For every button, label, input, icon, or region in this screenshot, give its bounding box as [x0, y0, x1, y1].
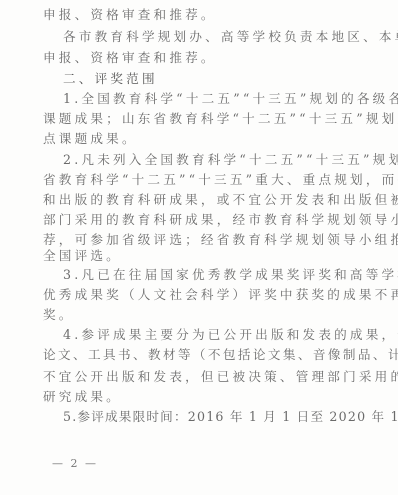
text-line: 申报、资格审查和推荐。	[43, 7, 353, 23]
text-line: 优秀成果奖（人文社会科学）评奖中获奖的成果不再参加本次评	[43, 287, 353, 303]
text-line: 论文、工具书、教材等（不包括论文集、音像制品、计算机软件）。	[43, 347, 353, 363]
section-heading-award-scope: 二、评奖范围	[63, 71, 353, 87]
text-line: 全国评选。	[43, 248, 353, 264]
item-4: 4.参评成果主要分为已公开出版和发表的成果，包括著作、	[63, 327, 353, 343]
text-line: 课题成果；山东省教育科学“十二五”“十三五”规划重大、重	[43, 111, 353, 127]
page-number: — 2 —	[52, 457, 98, 470]
item-1: 1.全国教育科学“十二五”“十三五”规划的各级各类立项	[63, 91, 353, 107]
text-line: 奖。	[43, 307, 353, 323]
text-line: 研究成果。	[43, 389, 353, 405]
text-line: 申报、资格审查和推荐。	[43, 50, 353, 66]
text-line: 和出版的教育科研成果，或不宜公开发表和出版但被决策、管理	[43, 192, 353, 208]
text-line: 荐，可参加省级评选；经省教育科学规划领导小组推荐，可参加	[43, 232, 353, 248]
item-3: 3.凡已在往届国家优秀教学成果奖评奖和高等学校科学研究	[63, 267, 353, 283]
item-5: 5.参评成果限时间：2016 年 1 月 1 日至 2020 年 12 月 31…	[63, 409, 353, 425]
text-line: 不宜公开出版和发表，但已被决策、管理部门采用的咨询报告等	[43, 369, 353, 385]
document-page: 申报、资格审查和推荐。 各市教育科学规划办、高等学校负责本地区、本单位的成果 申…	[0, 0, 398, 495]
text-line: 省教育科学“十二五”“十三五”重大、重点规划，而公开发表	[43, 172, 353, 188]
paragraph-city-offices: 各市教育科学规划办、高等学校负责本地区、本单位的成果	[63, 29, 353, 45]
text-line: 点课题成果。	[43, 131, 353, 147]
text-line: 部门采用的教育科研成果，经市教育科学规划领导小组或高校推	[43, 212, 353, 228]
item-2: 2.凡未列入全国教育科学“十二五”“十三五”规划或山东	[63, 152, 353, 168]
